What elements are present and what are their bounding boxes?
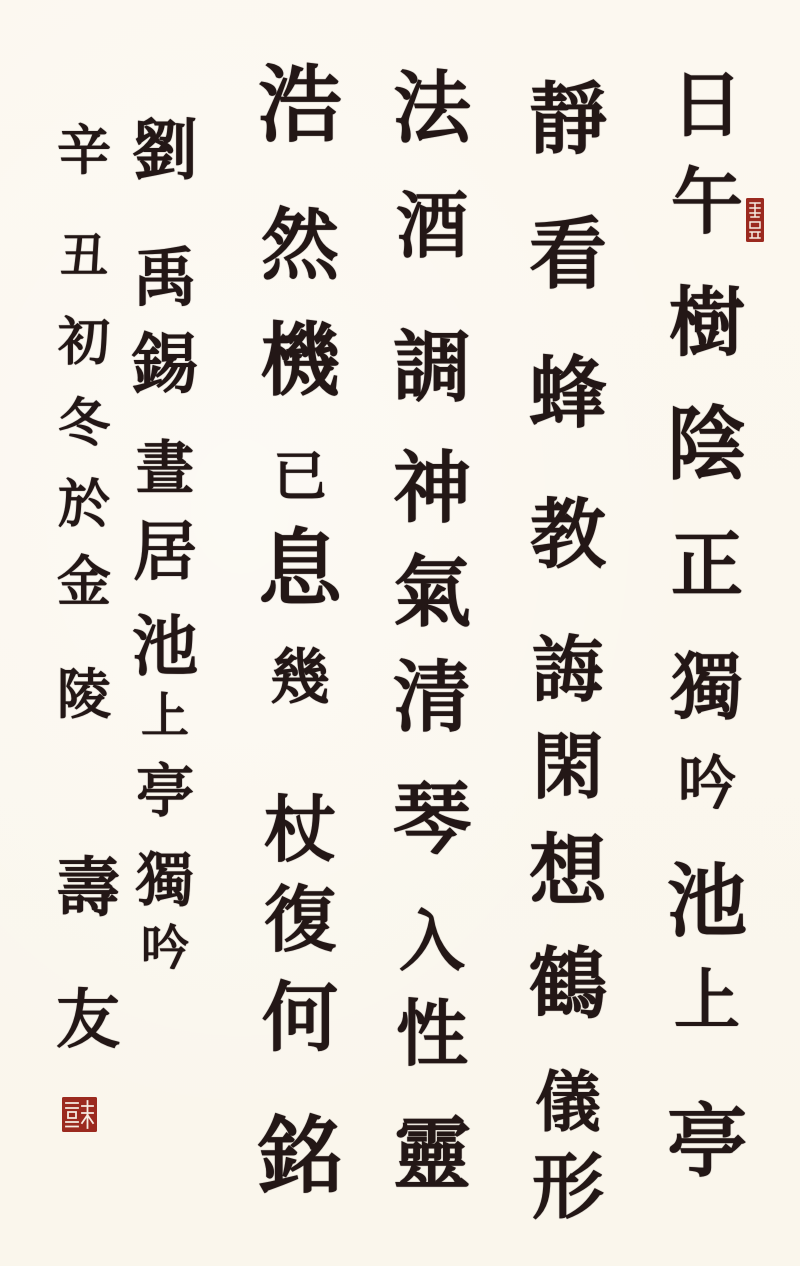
calligraphy-char: 陰	[662, 388, 752, 500]
calligraphy-char: 日	[662, 65, 752, 145]
calligraphy-char: 酒	[388, 186, 476, 266]
leading-seal	[746, 198, 764, 242]
calligraphy-char: 池	[662, 848, 752, 953]
calligraphy-char: 息	[252, 516, 348, 621]
calligraphy-char: 池	[128, 605, 202, 686]
calligraphy-char: 神	[388, 436, 476, 541]
calligraphy-char: 性	[388, 993, 476, 1074]
poem-column-4: 浩 然 機 已 息 幾 杖 復 何 銘	[252, 0, 348, 1266]
calligraphy-char: 法	[388, 56, 476, 161]
calligraphy-sheet: 日 午 樹 陰 正 獨 吟 池 上 亭 靜 看 蜂 教 誨 閑 想 鶴 儀 形 …	[0, 0, 800, 1266]
calligraphy-char: 形	[524, 1146, 612, 1227]
calligraphy-char: 氣	[388, 549, 476, 637]
artist-signature: 壽 友	[52, 0, 124, 1266]
calligraphy-char: 閑	[524, 726, 612, 807]
calligraphy-char: 亭	[662, 1066, 752, 1215]
calligraphy-char: 教	[524, 492, 612, 577]
calligraphy-char: 儀	[524, 1065, 612, 1138]
poem-column-3: 法 酒 調 神 氣 清 琴 入 性 靈	[388, 0, 476, 1266]
calligraphy-char: 何	[252, 975, 348, 1060]
calligraphy-char: 入	[388, 904, 476, 977]
calligraphy-char: 想	[524, 823, 612, 920]
calligraphy-char: 調	[388, 323, 476, 412]
calligraphy-char: 吟	[662, 751, 752, 815]
calligraphy-char: 銘	[252, 1106, 348, 1205]
calligraphy-char: 琴	[388, 759, 476, 880]
calligraphy-char: 看	[524, 202, 612, 307]
calligraphy-char: 獨	[662, 646, 752, 727]
poem-column-1: 日 午 樹 陰 正 獨 吟 池 上 亭	[662, 0, 752, 1266]
calligraphy-char: 晝	[128, 436, 202, 500]
calligraphy-char: 幾	[252, 646, 348, 710]
calligraphy-char: 清	[388, 654, 476, 742]
calligraphy-char: 禹	[128, 242, 202, 315]
calligraphy-char: 靜	[524, 65, 612, 174]
inscription-attribution-column: 劉 禹 錫 晝 居 池 上 亭 獨 吟	[128, 0, 202, 1266]
calligraphy-char: 壽	[52, 828, 124, 950]
calligraphy-char: 浩	[252, 56, 348, 153]
calligraphy-char: 鶴	[524, 928, 612, 1041]
calligraphy-char: 靈	[388, 1090, 476, 1219]
calligraphy-char: 機	[252, 315, 348, 404]
poem-column-2: 靜 看 蜂 教 誨 閑 想 鶴 儀 形	[524, 0, 612, 1266]
calligraphy-char: 已	[252, 446, 348, 506]
calligraphy-char: 錫	[128, 323, 202, 404]
calligraphy-char: 吟	[128, 922, 202, 974]
calligraphy-char: 復	[252, 880, 348, 960]
calligraphy-char: 居	[128, 517, 202, 589]
calligraphy-char: 午	[662, 161, 752, 242]
seal-stamp-icon	[746, 198, 764, 242]
calligraphy-char: 正	[662, 525, 752, 605]
calligraphy-char: 蜂	[524, 347, 612, 440]
calligraphy-char: 樹	[662, 280, 752, 365]
calligraphy-char: 上	[128, 690, 202, 742]
calligraphy-char: 劉	[128, 97, 202, 202]
calligraphy-char: 誨	[524, 630, 612, 710]
calligraphy-char: 獨	[128, 847, 202, 912]
calligraphy-char: 友	[52, 976, 124, 1066]
calligraphy-char: 杖	[252, 790, 348, 870]
name-seal	[62, 1097, 97, 1132]
calligraphy-char: 上	[662, 961, 752, 1038]
seal-stamp-icon	[62, 1097, 97, 1132]
calligraphy-char: 亭	[128, 759, 202, 823]
calligraphy-char: 然	[252, 202, 348, 290]
